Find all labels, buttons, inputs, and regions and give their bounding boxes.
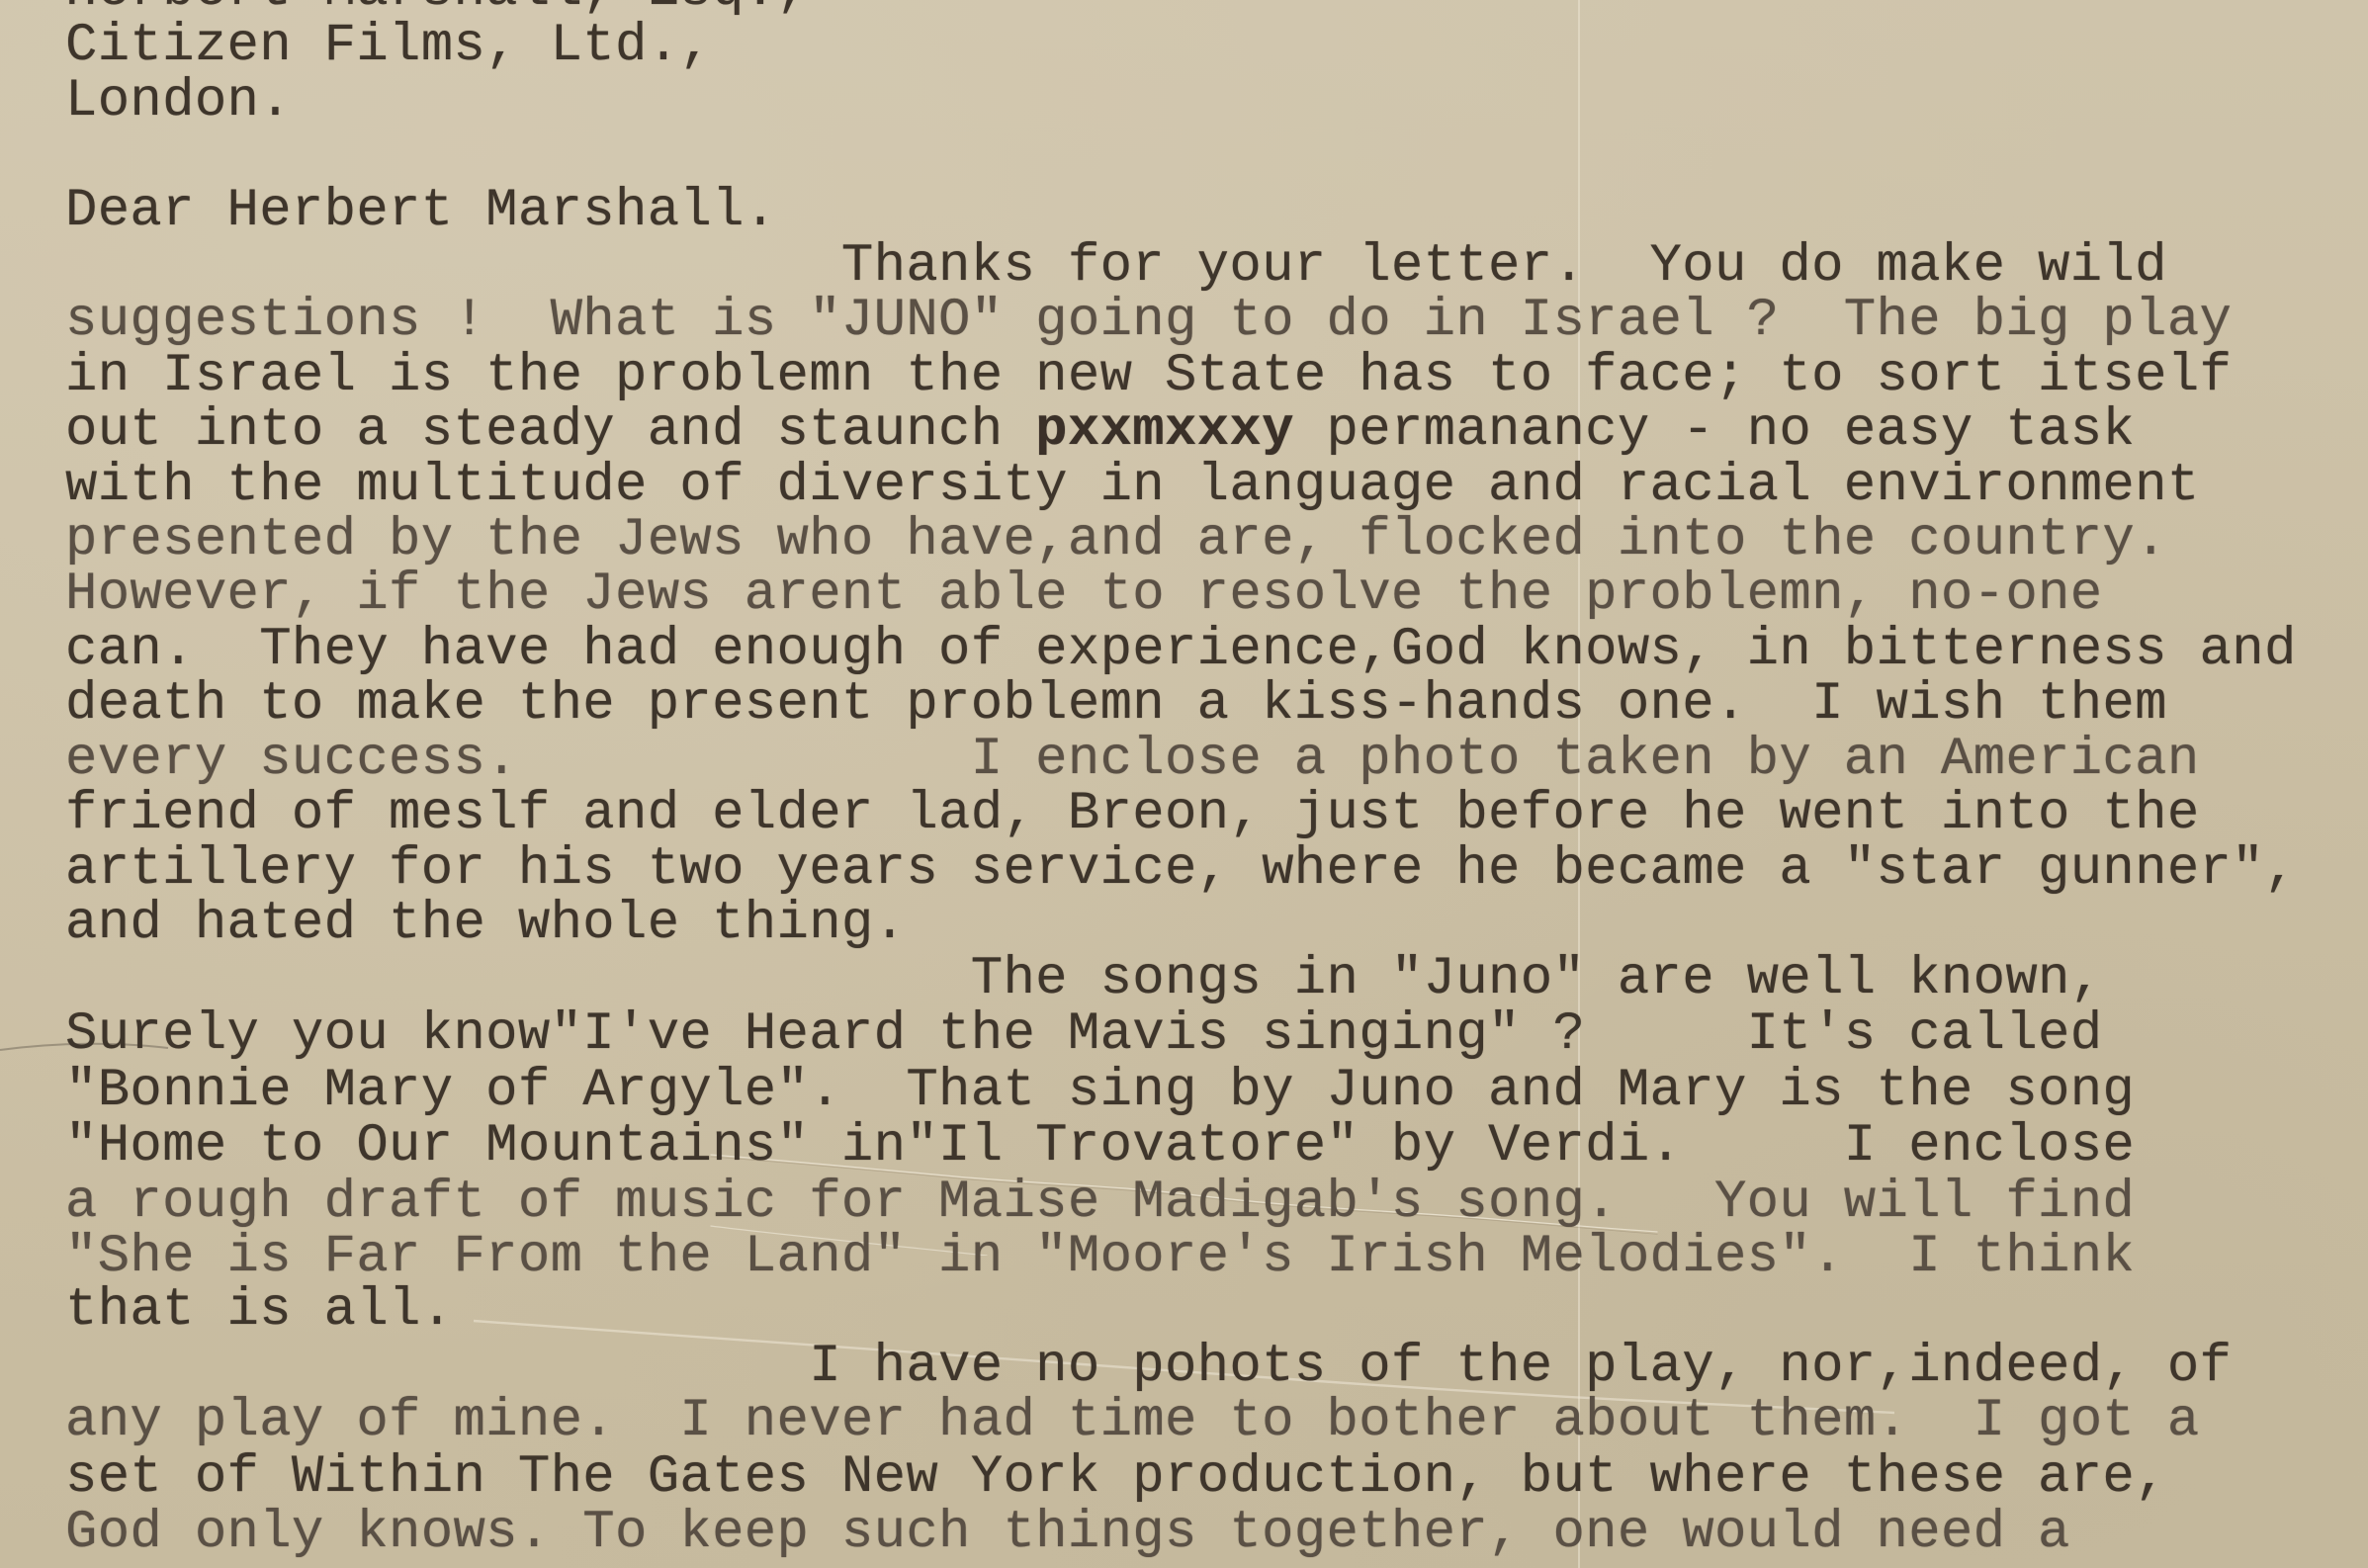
salutation: Dear Herbert Marshall.	[65, 185, 777, 238]
body-line: death to make the present problemn a kis…	[65, 678, 2167, 732]
body-line: a rough draft of music for Maise Madigab…	[65, 1176, 2135, 1230]
body-line: with the multitude of diversity in langu…	[65, 460, 2200, 513]
body-line: and hated the whole thing.	[65, 898, 906, 951]
body-line: artillery for his two years service, whe…	[65, 843, 2297, 897]
body-line-end: permanancy - no easy task	[1294, 400, 2135, 461]
body-line: The songs in "Juno" are well known,	[65, 953, 2102, 1006]
body-line-start: out into a steady and staunch	[65, 400, 1035, 461]
body-line: suggestions ! What is "JUNO" going to do…	[65, 295, 2232, 348]
body-line-with-strikeout: out into a steady and staunch pxxmxxxy p…	[65, 404, 2135, 458]
struck-out-word: pxxmxxxy	[1035, 400, 1294, 461]
letter-body: Herbert Marshall, Esq., Citizen Films, L…	[0, 0, 2368, 1568]
address-line-city: London.	[65, 75, 292, 129]
body-line: I have no pohots of the play, nor,indeed…	[65, 1341, 2232, 1394]
body-line: "Home to Our Mountains" in"Il Trovatore"…	[65, 1120, 2135, 1174]
body-line: that is all.	[65, 1284, 453, 1338]
body-line: can. They have had enough of experience,…	[65, 624, 2297, 677]
body-line: set of Within The Gates New York product…	[65, 1451, 2167, 1505]
address-line-company: Citizen Films, Ltd.,	[65, 20, 712, 73]
body-line: "Bonnie Mary of Argyle". That sing by Ju…	[65, 1065, 2135, 1118]
body-line: in Israel is the problemn the new State …	[65, 350, 2232, 403]
body-line: Surely you know"I've Heard the Mavis sin…	[65, 1008, 2102, 1062]
body-line: presented by the Jews who have,and are, …	[65, 514, 2167, 567]
body-line: However, if the Jews arent able to resol…	[65, 568, 2102, 622]
body-line: every success. I enclose a photo taken b…	[65, 734, 2200, 787]
body-line: God only knows. To keep such things toge…	[65, 1507, 2070, 1560]
body-line: "She is Far From the Land" in "Moore's I…	[65, 1231, 2135, 1284]
body-line: friend of meslf and elder lad, Breon, ju…	[65, 788, 2200, 841]
body-line: Thanks for your letter. You do make wild	[65, 240, 2167, 294]
body-line: any play of mine. I never had time to bo…	[65, 1395, 2200, 1448]
